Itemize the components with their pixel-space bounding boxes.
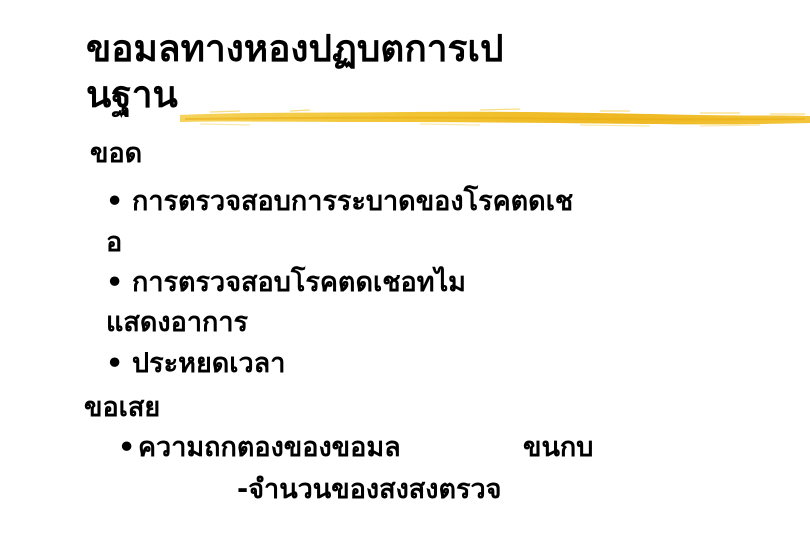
list-item-advantage-3: •ประหยดเวลา: [106, 348, 285, 380]
list-item-advantage-2: •การตรวจสอบโรคตดเชอทไม: [106, 267, 466, 299]
list-item-disadvantage-1: •ความถกตองของขอมล: [118, 432, 401, 464]
slide-title-line-1: ขอมลทางหองปฏบตการเป: [86, 26, 504, 72]
list-item-text: ประหยดเวลา: [132, 348, 285, 379]
section-heading-advantages: ขอด: [90, 138, 142, 170]
list-item-text: การตรวจสอบการระบาดของโรคตดเช: [132, 186, 573, 217]
list-item-advantage-1: •การตรวจสอบการระบาดของโรคตดเช: [106, 186, 573, 218]
section-heading-disadvantages: ขอเสย: [84, 392, 160, 424]
list-item-text: ความถกตองของขอมล: [138, 432, 401, 463]
list-item-continuation: -จำนวนของสงสงตรวจ: [237, 474, 501, 506]
list-item-text: การตรวจสอบโรคตดเชอทไม: [132, 267, 466, 298]
list-item-suffix: ขนกบ: [523, 432, 593, 464]
list-item-continuation: แสดงอาการ: [106, 307, 248, 339]
list-item-continuation: อ: [106, 227, 122, 259]
slide-title: ขอมลทางหองปฏบตการเป นฐาน: [86, 26, 504, 118]
bullet-icon: •: [118, 432, 138, 464]
slide: ขอมลทางหองปฏบตการเป นฐาน ขอด •การตรวจสอบ…: [0, 0, 810, 540]
slide-title-line-2: นฐาน: [86, 72, 504, 118]
bullet-icon: •: [106, 186, 132, 218]
bullet-icon: •: [106, 348, 132, 380]
bullet-icon: •: [106, 267, 132, 299]
